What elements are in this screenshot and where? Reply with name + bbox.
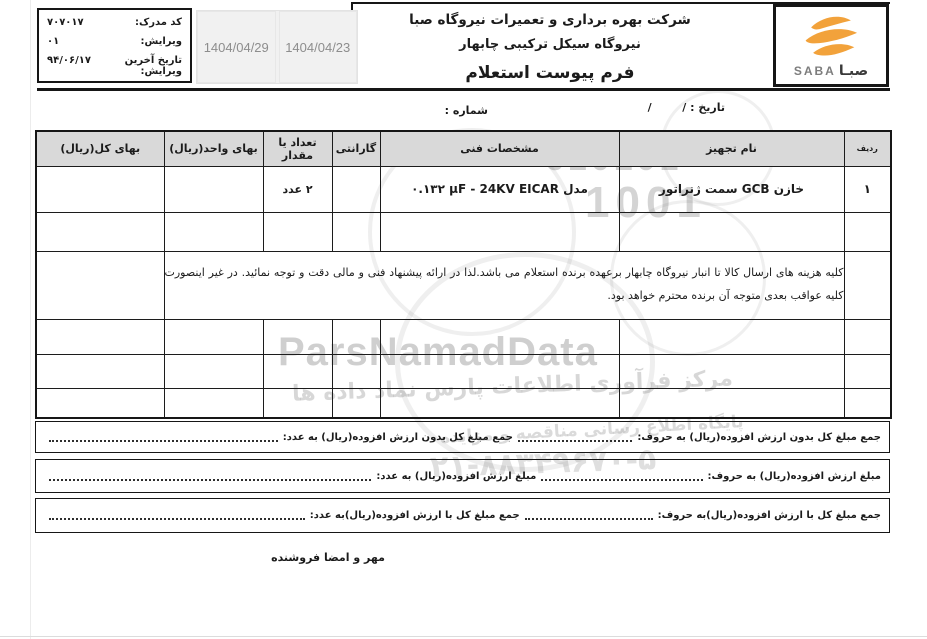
saba-logo-icon [799, 13, 863, 65]
row-no-cell [844, 251, 891, 319]
scan-edge-line [0, 636, 927, 637]
total-price-cell [36, 166, 164, 212]
total-words-label: جمع مبلغ کل بدون ارزش افزوده(ریال) به حر… [637, 432, 881, 443]
header-bottom-rule [37, 88, 890, 91]
specs-cell [380, 212, 619, 251]
warranty-cell [332, 388, 380, 418]
date-field-slashes: / / [648, 101, 687, 114]
qty-cell: ۲ عدد [263, 166, 332, 212]
unit-price-cell [164, 319, 263, 354]
items-table: ردیف نام تجهیز مشخصات فنی گارانتی تعداد … [35, 130, 892, 419]
dotted-leader [518, 439, 632, 442]
warranty-cell [332, 212, 380, 251]
total-price-cell [36, 212, 164, 251]
col-header-row-no: ردیف [844, 131, 891, 166]
saba-logo: SABA صبـا [773, 4, 889, 87]
shipping-note: کلیه هزینه های ارسال کالا تا انبار نیروگ… [164, 251, 844, 319]
inquiry-form-page: 610101 1001 ParsNamadData مرکز فرآوری اط… [0, 0, 927, 639]
total-price-cell [36, 251, 164, 319]
revision-value: ۰۱ [47, 36, 59, 47]
doc-meta-box: کد مدرک: ۷۰۷۰۱۷ ویرایش: ۰۱ تاریخ آخرین و… [37, 8, 192, 83]
grand-total-digits-label: جمع مبلغ کل با ارزش افزوده(ریال)به عدد: [310, 510, 520, 521]
seller-signature-label: مهر و امضا فروشنده [258, 551, 398, 564]
dotted-leader [49, 517, 305, 520]
unit-price-cell [164, 388, 263, 418]
col-header-equipment: نام تجهیز [619, 131, 844, 166]
table-row: ۱ خازن GCB سمت ژنراتور ۰.۱۳۲ μF - 24KV E… [36, 166, 891, 212]
row-no-cell [844, 212, 891, 251]
total-price-cell [36, 354, 164, 388]
row-no-cell [844, 319, 891, 354]
table-row-empty [36, 354, 891, 388]
date-cell-1: 1404/04/29 [197, 11, 276, 83]
table-header-row: ردیف نام تجهیز مشخصات فنی گارانتی تعداد … [36, 131, 891, 166]
vat-digits-label: مبلغ ارزش افزوده(ریال) به عدد: [376, 471, 536, 482]
dotted-leader [49, 439, 278, 442]
specs-cell [380, 354, 619, 388]
unit-price-cell [164, 354, 263, 388]
col-header-qty: تعداد یا مقدار [263, 131, 332, 166]
warranty-cell [332, 319, 380, 354]
date-field: تاریخ : / / [555, 101, 725, 114]
last-edit-value: ۹۴/۰۶/۱۷ [47, 55, 91, 66]
warranty-cell [332, 354, 380, 388]
page-title: فرم پیوست استعلام [350, 63, 750, 83]
vat-amount-row: مبلغ ارزش افزوده(ریال) به حروف: مبلغ ارز… [35, 459, 890, 493]
warranty-cell [332, 166, 380, 212]
equipment-cell [619, 354, 844, 388]
qty-cell [263, 319, 332, 354]
total-price-cell [36, 388, 164, 418]
qty-cell [263, 354, 332, 388]
col-header-total-price: بهای کل(ریال) [36, 131, 164, 166]
revision-label: ویرایش: [140, 36, 182, 47]
revision-row: ویرایش: ۰۱ [47, 36, 182, 47]
dotted-leader [525, 517, 653, 520]
equipment-cell [619, 212, 844, 251]
row-no-cell [844, 354, 891, 388]
total-without-vat-row: جمع مبلغ کل بدون ارزش افزوده(ریال) به حر… [35, 421, 890, 453]
specs-cell [380, 319, 619, 354]
dotted-leader [49, 478, 371, 481]
scan-edge-line [30, 0, 31, 639]
form-title-block: شرکت بهره برداری و تعمیرات نیروگاه صبا ن… [350, 12, 750, 83]
note-row: کلیه هزینه های ارسال کالا تا انبار نیروگ… [36, 251, 891, 319]
specs-cell [380, 388, 619, 418]
logo-latin-text: SABA [794, 64, 836, 78]
col-header-specs: مشخصات فنی [380, 131, 619, 166]
qty-cell [263, 388, 332, 418]
unit-price-cell [164, 212, 263, 251]
dotted-leader [541, 478, 702, 481]
unit-price-cell [164, 166, 263, 212]
doc-code-label: کد مدرک: [135, 17, 182, 28]
doc-code-row: کد مدرک: ۷۰۷۰۱۷ [47, 17, 182, 28]
logo-persian-text: صبـا [839, 63, 868, 79]
qty-cell [263, 212, 332, 251]
equipment-cell [619, 388, 844, 418]
total-digits-label: جمع مبلغ کل بدون ارزش افزوده(ریال) به عد… [283, 432, 513, 443]
last-edit-label: تاریخ آخرین ویرایش: [91, 55, 182, 77]
company-name: شرکت بهره برداری و تعمیرات نیروگاه صبا [350, 12, 750, 28]
table-row-empty [36, 388, 891, 418]
col-header-unit-price: بهای واحد(ریال) [164, 131, 263, 166]
row-no-cell [844, 388, 891, 418]
total-price-cell [36, 319, 164, 354]
spreadsheet-date-cells: 1404/04/29 1404/04/23 [196, 10, 358, 84]
number-field-label: شماره : [398, 104, 488, 117]
date-cell-2: 1404/04/23 [279, 11, 358, 83]
vat-words-label: مبلغ ارزش افزوده(ریال) به حروف: [708, 471, 881, 482]
last-edit-row: تاریخ آخرین ویرایش: ۹۴/۰۶/۱۷ [47, 55, 182, 77]
grand-total-words-label: جمع مبلغ کل با ارزش افزوده(ریال)به حروف: [658, 510, 881, 521]
row-no-cell: ۱ [844, 166, 891, 212]
total-with-vat-row: جمع مبلغ کل با ارزش افزوده(ریال)به حروف:… [35, 498, 890, 533]
table-row-empty [36, 319, 891, 354]
equipment-cell [619, 319, 844, 354]
col-header-warranty: گارانتی [332, 131, 380, 166]
table-row-empty [36, 212, 891, 251]
plant-name: نیروگاه سیکل ترکیبی چابهار [350, 37, 750, 52]
specs-cell: ۰.۱۳۲ μF - 24KV EICAR مدل [380, 166, 619, 212]
logo-wordmark: SABA صبـا [794, 63, 868, 79]
doc-code-value: ۷۰۷۰۱۷ [47, 17, 84, 28]
date-field-label: تاریخ : [690, 101, 725, 114]
equipment-cell: خازن GCB سمت ژنراتور [619, 166, 844, 212]
